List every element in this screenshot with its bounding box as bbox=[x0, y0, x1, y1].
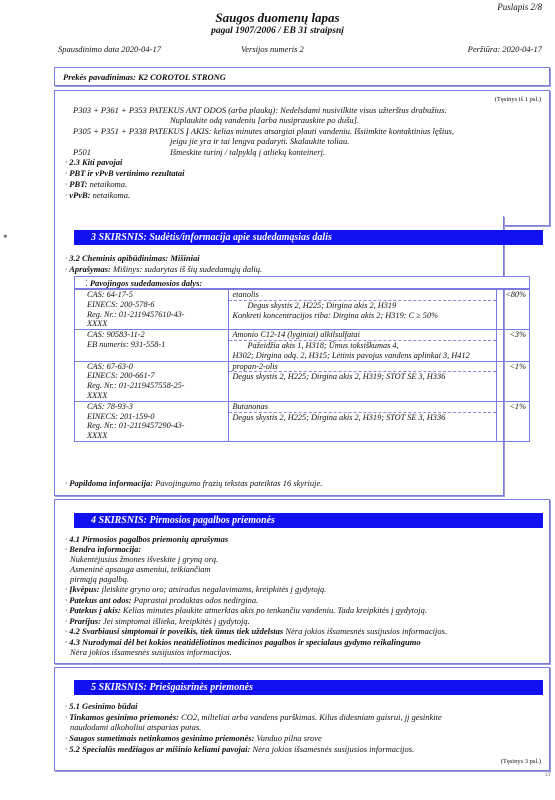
s43-value: Nėra jokios išsamesnės susijusios inform… bbox=[70, 647, 232, 657]
product-value: K2 COROTOL STRONG bbox=[138, 72, 226, 82]
product-label: Prekės pavadinimas: bbox=[63, 72, 136, 82]
section4-box: 4 SKIRSNIS: Pirmosios pagalbos priemonės… bbox=[54, 499, 550, 664]
document-subtitle: pagal 1907/2006 / EB 31 straipsnį bbox=[0, 26, 555, 36]
changed-marker: * bbox=[3, 233, 8, 243]
pbt-line: · PBT: netaikoma. bbox=[65, 179, 127, 189]
p-statement-cont: jeigu jie yra ir tai lengva padaryti. Sk… bbox=[170, 136, 349, 146]
table-row: CAS: 64-17-5EINECS: 200-578-6Reg. Nr.: 0… bbox=[75, 290, 530, 330]
table-row: CAS: 90583-11-2EB numeris: 931-558-1Amon… bbox=[75, 330, 530, 361]
suitable-media-line: · Tinkamos gesinimo priemonės: CO2, milt… bbox=[65, 712, 442, 722]
hazardous-components-heading: ⁚ Pavojingos sudedamosios dalys: bbox=[74, 276, 530, 289]
component-identifiers: CAS: 90583-11-2EB numeris: 931-558-1 bbox=[75, 330, 229, 361]
component-identifiers: CAS: 67-63-0EINECS: 200-661-7Reg. Nr.: 0… bbox=[75, 361, 229, 401]
component-percent: <80% bbox=[497, 290, 530, 330]
s41-heading: · 4.1 Pirmosios pagalbos priemonių apraš… bbox=[65, 534, 228, 544]
component-percent: <1% bbox=[497, 401, 530, 441]
component-name-cell: Amonio C12-14 (lyginiai) alkilsulfataiPa… bbox=[229, 330, 497, 361]
component-name: Amonio C12-14 (lyginiai) alkilsulfatai bbox=[229, 330, 496, 341]
unsuitable-media-line: · Saugos sumetimais netinkamos gesinimo … bbox=[65, 733, 322, 743]
s42-line: · 4.2 Svarbiausi simptomai ir poveikis, … bbox=[65, 626, 447, 636]
skin-contact-line: · Patekus ant odos: Paprastai produktas … bbox=[65, 595, 258, 605]
p-statement-code: P501 bbox=[73, 147, 91, 157]
general-info-line: pirmąją pagalbą. bbox=[70, 574, 129, 584]
components-table: CAS: 64-17-5EINECS: 200-578-6Reg. Nr.: 0… bbox=[74, 289, 530, 442]
table-row: CAS: 67-63-0EINECS: 200-661-7Reg. Nr.: 0… bbox=[75, 361, 530, 401]
s52-line: · 5.2 Specialūs medžiagos ar mišinio kel… bbox=[65, 744, 414, 754]
p-statement-text: Išmeskite turinį / talpyklą į atliekų ko… bbox=[170, 147, 325, 157]
print-date: Spausdinimo data 2020-04-17 bbox=[58, 44, 161, 54]
document-title: Saugos duomenų lapas bbox=[0, 11, 555, 25]
p-statement-cont: Nuplaukite odą vandeniu [arba nusiprausk… bbox=[170, 115, 359, 125]
description-line: · Aprašymas: Mišinys: sudarytas iš šių s… bbox=[65, 264, 262, 274]
component-name-cell: ButanonasDegus skystis 2, H225; Dirgina … bbox=[229, 401, 497, 441]
section5-box: 5 SKIRSNIS: Priešgaisrinės priemonės · 5… bbox=[54, 667, 550, 771]
section4-title: 4 SKIRSNIS: Pirmosios pagalbos priemonės bbox=[74, 513, 543, 528]
component-percent: <3% bbox=[497, 330, 530, 361]
general-info-line: Nukentėjusius žmones išveskite į gryną o… bbox=[70, 554, 218, 564]
general-info-line: Asmeninė apsauga asmeniui, teikiančiam bbox=[70, 564, 211, 574]
table-row: CAS: 78-93-3EINECS: 201-159-0Reg. Nr.: 0… bbox=[75, 401, 530, 441]
component-identifiers: CAS: 78-93-3EINECS: 201-159-0Reg. Nr.: 0… bbox=[75, 401, 229, 441]
general-info-heading: · Bendra informacija: bbox=[65, 544, 141, 554]
s51-heading: · 5.1 Gesinimo būdai bbox=[65, 701, 138, 711]
p-statement: P305 + P351 + P338 PATEKUS Į AKIS: kelia… bbox=[73, 126, 454, 136]
section3-box: 3 SKIRSNIS: Sudėtis/informacija apie sud… bbox=[54, 216, 504, 496]
pbt-heading: · PBT ir vPvB vertinimo rezultatai bbox=[65, 168, 184, 178]
additional-info: · Papildoma informacija: Pavojingumo fra… bbox=[65, 478, 322, 488]
revision-date: Peržiūra: 2020-04-17 bbox=[468, 44, 542, 54]
section2-continuation-box: (Tęsinys iš 1 psl.) P303 + P361 + P353 P… bbox=[54, 90, 550, 226]
version-number: Versijos numeris 2 bbox=[241, 44, 304, 54]
inhalation-line: · Įkvėpus: įleiskite gryno oro; atsiradu… bbox=[65, 584, 326, 594]
continued-from: (Tęsinys iš 1 psl.) bbox=[495, 95, 541, 105]
continued-on: (Tęsinys 3 psl.) bbox=[501, 757, 541, 767]
vpvb-line: · vPvB: netaikoma. bbox=[65, 190, 130, 200]
component-name: etanolis bbox=[229, 290, 496, 301]
ingestion-line: · Prarijus: Jei simptomai išlieka, kreip… bbox=[65, 616, 250, 626]
component-classification: Degus skystis 2, H225; Dirgina akis 2, H… bbox=[229, 413, 496, 423]
other-hazards-heading: · 2.3 Kiti pavojai bbox=[65, 157, 122, 167]
section5-title: 5 SKIRSNIS: Priešgaisrinės priemonės bbox=[74, 680, 543, 695]
component-identifiers: CAS: 64-17-5EINECS: 200-578-6Reg. Nr.: 0… bbox=[75, 290, 229, 330]
language-code: LT bbox=[545, 773, 551, 778]
component-classification: Degus skystis 2, H225; Dirgina akis 2, H… bbox=[229, 372, 496, 382]
product-name-box: Prekės pavadinimas: K2 COROTOL STRONG bbox=[54, 67, 550, 86]
suitable-media-cont: naudodami alkoholiui atsparias putas. bbox=[70, 722, 201, 732]
component-name: Butanonas bbox=[229, 402, 496, 413]
chem-characterization: · 3.2 Cheminis apibūdinimas: Mišiniai bbox=[65, 253, 200, 263]
eye-contact-line: · Patekus į akis: Kelias minutes plaukit… bbox=[65, 605, 427, 615]
s43-heading: · 4.3 Nurodymai dėl bet kokios neatidėli… bbox=[65, 637, 421, 647]
p-statement: P303 + P361 + P353 PATEKUS ANT ODOS (arb… bbox=[73, 105, 447, 115]
section3-title: 3 SKIRSNIS: Sudėtis/informacija apie sud… bbox=[74, 230, 543, 245]
component-classification: Degus skystis 2, H225; Dirgina akis 2, H… bbox=[229, 301, 496, 321]
component-name-cell: propan-2-olisDegus skystis 2, H225; Dirg… bbox=[229, 361, 497, 401]
component-percent: <1% bbox=[497, 361, 530, 401]
component-name: propan-2-olis bbox=[229, 362, 496, 373]
component-name-cell: etanolisDegus skystis 2, H225; Dirgina a… bbox=[229, 290, 497, 330]
component-classification: Pažeidžia akis 1, H318; Ūmus toksiškumas… bbox=[229, 341, 496, 361]
